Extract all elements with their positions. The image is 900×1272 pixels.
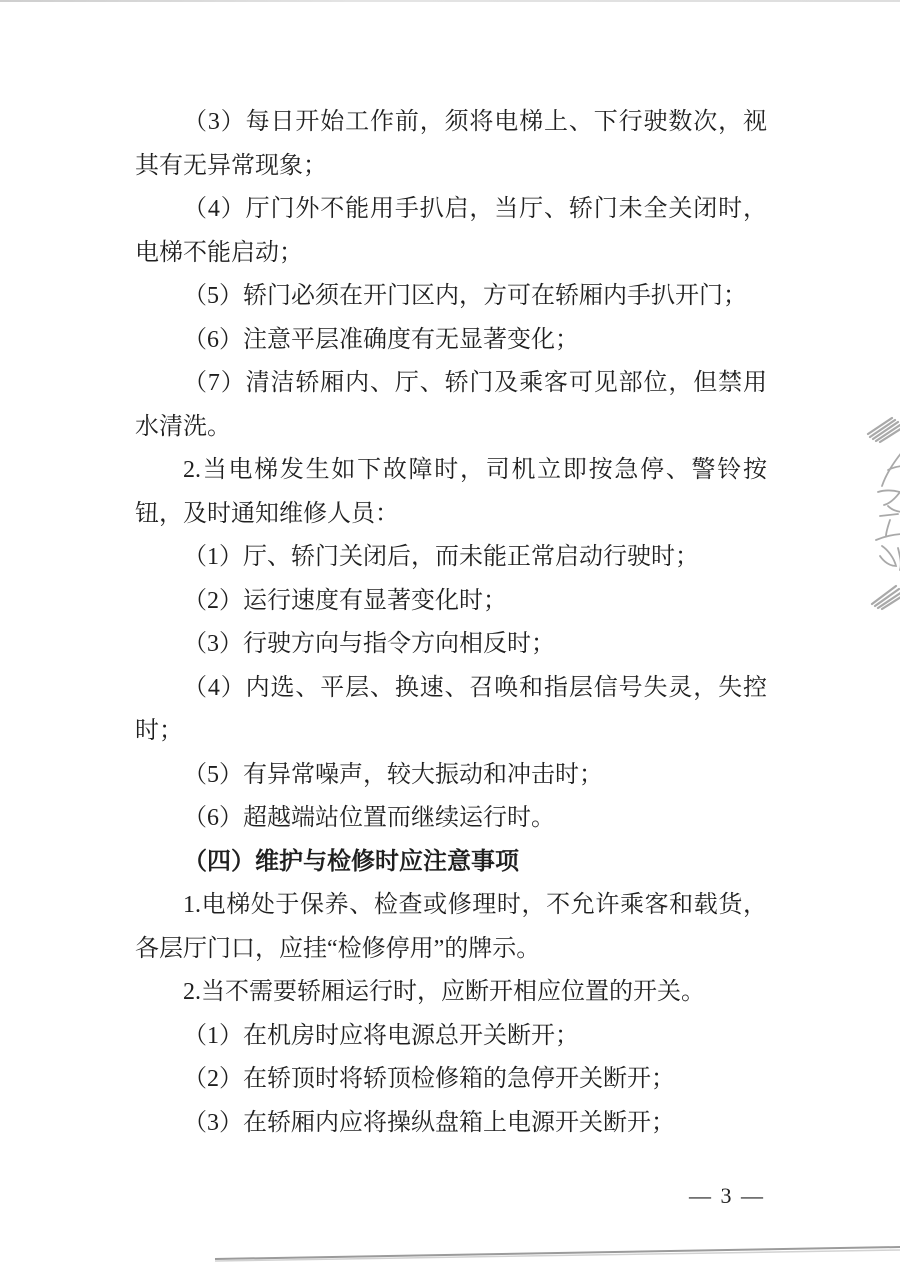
numbered-paragraph: 2.当电梯发生如下故障时，司机立即按急停、警铃按钮，及时通知维修人员：	[135, 449, 767, 536]
list-item: （7）清洁轿厢内、厅、轿门及乘客可见部位，但禁用水清洗。	[135, 362, 767, 449]
list-item: （2）运行速度有显著变化时；	[135, 580, 767, 624]
list-item: （3）在轿厢内应将操纵盘箱上电源开关断开；	[135, 1102, 767, 1146]
list-item: （1）厅、轿门关闭后，而未能正常启动行驶时；	[135, 536, 767, 580]
scanned-document-page: （3）每日开始工作前，须将电梯上、下行驶数次，视其有无异常现象； （4）厅门外不…	[0, 0, 900, 1272]
list-item: （3）行驶方向与指令方向相反时；	[135, 623, 767, 667]
list-item: （5）有异常噪声，较大振动和冲击时；	[135, 754, 767, 798]
document-body: （3）每日开始工作前，须将电梯上、下行驶数次，视其有无异常现象； （4）厅门外不…	[135, 101, 767, 1145]
list-item: （6）超越端站位置而继续运行时。	[135, 797, 767, 841]
list-item: （5）轿门必须在开门区内，方可在轿厢内手扒开门；	[135, 275, 767, 319]
scan-bottom-edge-shadow	[0, 1236, 900, 1272]
list-item: （3）每日开始工作前，须将电梯上、下行驶数次，视其有无异常现象；	[135, 101, 767, 188]
handwritten-mark-watermark	[842, 408, 900, 618]
list-item: （1）在机房时应将电源总开关断开；	[135, 1015, 767, 1059]
list-item: （4）厅门外不能用手扒启，当厅、轿门未全关闭时，电梯不能启动；	[135, 188, 767, 275]
page-number: — 3 —	[689, 1181, 765, 1211]
list-item: （2）在轿顶时将轿顶检修箱的急停开关断开；	[135, 1058, 767, 1102]
scan-top-edge-shadow	[0, 0, 900, 2]
section-heading: （四）维护与检修时应注意事项	[135, 841, 767, 885]
numbered-paragraph: 1.电梯处于保养、检查或修理时，不允许乘客和载货，各层厅门口，应挂“检修停用”的…	[135, 884, 767, 971]
numbered-paragraph: 2.当不需要轿厢运行时，应断开相应位置的开关。	[135, 971, 767, 1015]
list-item: （6）注意平层准确度有无显著变化；	[135, 319, 767, 363]
list-item: （4）内选、平层、换速、召唤和指层信号失灵，失控时；	[135, 667, 767, 754]
